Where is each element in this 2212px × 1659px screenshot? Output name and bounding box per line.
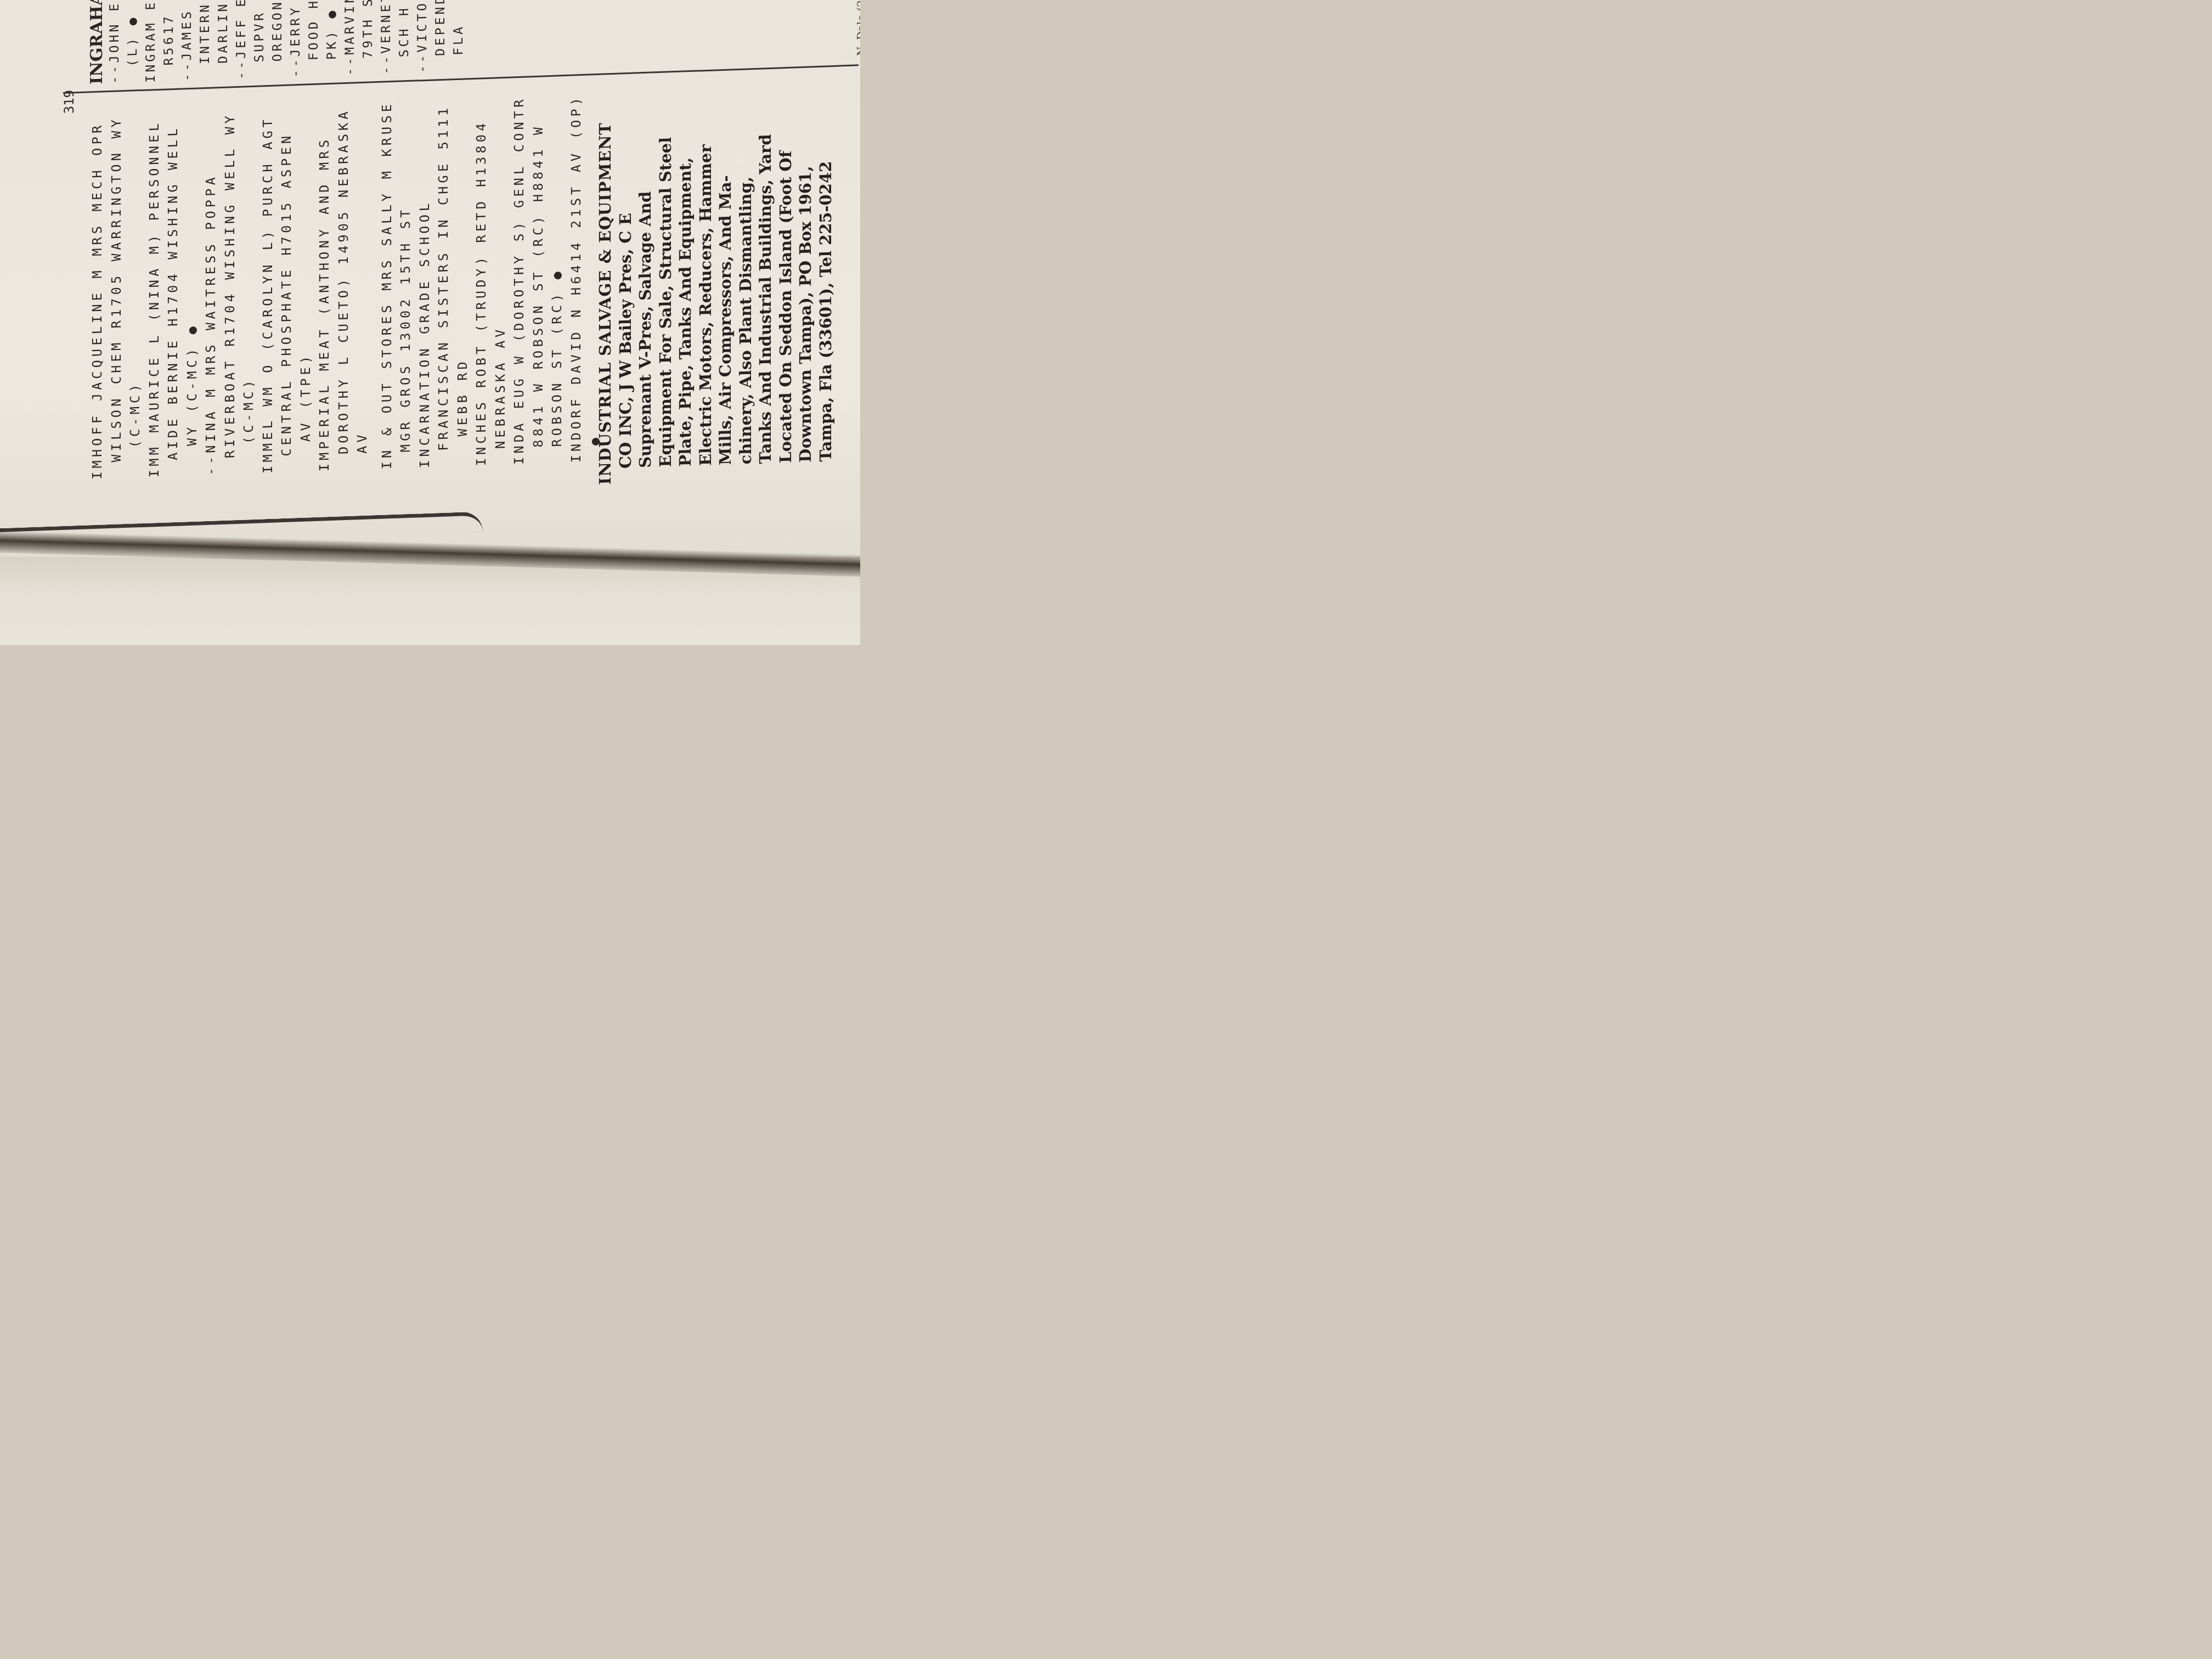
entry-imperial-meat: IMPERIAL MEAT (ANTHONY AND MRS DOROTHY L… — [315, 86, 372, 472]
entry-line: --JERRY W — [287, 0, 305, 78]
entry-line: WY (C-MC) ● — [183, 92, 202, 476]
handwritten-corner-note: N. Dale (2 — [855, 0, 860, 56]
ad-line: Mills, Air Compressors, And Ma- — [715, 85, 736, 481]
entry-line: AIDE BERNIE H1704 WISHING WELL — [163, 92, 183, 477]
note-line: (2 — [855, 0, 860, 12]
entry-line: DEPEND — [432, 0, 450, 73]
entry-line: IMHOFF JACQUELINE M MRS MECH OPR — [88, 95, 107, 479]
entry-line: IMMEL WM O (CAROLYN L) PURCH AGT — [258, 89, 278, 473]
ad-line: chinery, Also Plant Dismantling, — [736, 84, 756, 480]
entry-imm-maurice: IMM MAURICE L (NINA M) PERSONNEL AIDE BE… — [145, 92, 202, 478]
right-column-partial: INGRAHAM --JOHN E (L) ● INGRAM EL R5617 … — [88, 0, 468, 84]
ad-line: Tampa, Fla (33601), Tel 225-0242 — [816, 82, 836, 477]
entry-line: INTERN — [196, 0, 215, 81]
entry-line: NEBRASKA AV — [491, 81, 510, 466]
ad-line: Downtown Tampa), PO Box 1961, — [795, 82, 816, 478]
entry-line: IMPERIAL MEAT (ANTHONY AND MRS — [315, 87, 334, 472]
entry-line: 8841 W ROBSON ST (RC) H8841 W — [529, 80, 548, 464]
ad-line: Suprenant V-Pres, Salvage And — [635, 88, 656, 483]
section-heading: INGRAHAM — [88, 0, 106, 84]
entry-incarnation: INCARNATION GRADE SCHOOL — [415, 83, 435, 468]
entry-line: WILSON CHEM R1705 WARRINGTON WY — [107, 94, 126, 479]
entry-line: DOROTHY L CUETO) 14905 NEBRASKA — [334, 87, 353, 471]
entry-line: INCARNATION GRADE SCHOOL — [415, 83, 435, 468]
entry-line: (C-MC) — [126, 94, 145, 478]
entry-line: --VICTOR — [414, 0, 432, 74]
entry-line: ROBSON ST (RC) ● — [548, 79, 567, 464]
entry-inches: INCHES ROBT (TRUDY) RETD H13804 NEBRASKA… — [472, 81, 510, 466]
entry-imhoff: IMHOFF JACQUELINE M MRS MECH OPR WILSON … — [88, 94, 145, 480]
ad-line: Equipment For Sale, Structural Steel — [656, 87, 676, 483]
entry-line: AV — [353, 86, 372, 470]
entry-line: DARLIN — [215, 0, 233, 80]
entry-line: FRANCISCAN SISTERS IN CHGE 5111 — [434, 83, 453, 467]
entry-line: AV (TPE) — [296, 88, 315, 472]
entry-line: --JAMES L — [178, 0, 196, 82]
entry-line: INGRAM EL — [142, 0, 160, 83]
entry-line: PK) ● — [323, 0, 341, 76]
note-line: N. Dale — [855, 15, 860, 56]
entry-line: SCH H — [396, 0, 414, 74]
ad-line: Electric Motors, Reducers, Hammer — [696, 86, 716, 481]
entry-inda: INDA EUG W (DOROTHY S) GENL CONTR 8841 W… — [510, 79, 567, 465]
entry-line: --VERNETT — [377, 0, 396, 75]
industrial-salvage-advertisement: INDUSTRIAL SALVAGE & EQUIPMENT CO INC, J… — [595, 82, 836, 485]
entry-line: MGR GROS 13002 15TH ST — [396, 84, 415, 469]
entry-line: R5617 — [160, 0, 178, 82]
entry-line: RIVERBOAT R1704 WISHING WELL WY — [221, 91, 240, 475]
directory-photo: 319 IMHOFF JACQUELINE M MRS MECH OPR WIL… — [0, 0, 860, 645]
entry-line: --MARVIN — [341, 0, 359, 76]
entry-in-out-stores: IN & OUT STORES MRS SALLY M KRUSE MGR GR… — [377, 84, 415, 470]
entry-line: (L) ● — [124, 0, 142, 83]
entry-line: WEBB RD — [453, 82, 472, 467]
ad-line: Tanks And Industrial Buildings, Yard — [755, 84, 776, 479]
entry-line: --JOHN E — [106, 0, 124, 84]
entry-line: CENTRAL PHOSPHATE H7015 ASPEN — [277, 88, 296, 473]
entry-line: SUPVR — [251, 0, 269, 79]
entry-line: INDORF DAVID N H6414 21ST AV (OP) — [567, 78, 586, 463]
directory-page: 319 IMHOFF JACQUELINE M MRS MECH OPR WIL… — [0, 0, 860, 549]
entry-line: --NINA M MRS WAITRESS POPPA — [201, 91, 221, 476]
entry-line: --JEFF E — [233, 0, 251, 80]
entry-line: FOOD H — [305, 0, 323, 77]
entry-immel: IMMEL WM O (CAROLYN L) PURCH AGT CENTRAL… — [258, 88, 315, 474]
entry-line: INCHES ROBT (TRUDY) RETD H13804 — [472, 82, 491, 466]
entry-line: IN & OUT STORES MRS SALLY M KRUSE — [377, 85, 397, 470]
entry-line: OREGON — [269, 0, 287, 78]
ad-line: CO INC, J W Bailey Pres, C E — [616, 89, 636, 484]
entry-line: INDA EUG W (DOROTHY S) GENL CONTR — [510, 80, 529, 465]
entry-franciscan: FRANCISCAN SISTERS IN CHGE 5111 WEBB RD — [434, 82, 472, 467]
entry-line: IMM MAURICE L (NINA M) PERSONNEL — [145, 93, 164, 478]
entry-line: (C-MC) — [239, 90, 258, 475]
entry-imm-nina: --NINA M MRS WAITRESS POPPA RIVERBOAT R1… — [201, 90, 258, 476]
ad-line: Plate, Pipe, Tanks And Equipment, — [675, 87, 696, 482]
main-column: IMHOFF JACQUELINE M MRS MECH OPR WILSON … — [88, 78, 605, 480]
entry-line: 79TH S — [359, 0, 377, 75]
entry-line: FLA — [450, 0, 468, 72]
ad-line: Located On Seddon Island (Foot Of — [776, 83, 796, 478]
ad-title: INDUSTRIAL SALVAGE & EQUIPMENT — [595, 89, 616, 485]
